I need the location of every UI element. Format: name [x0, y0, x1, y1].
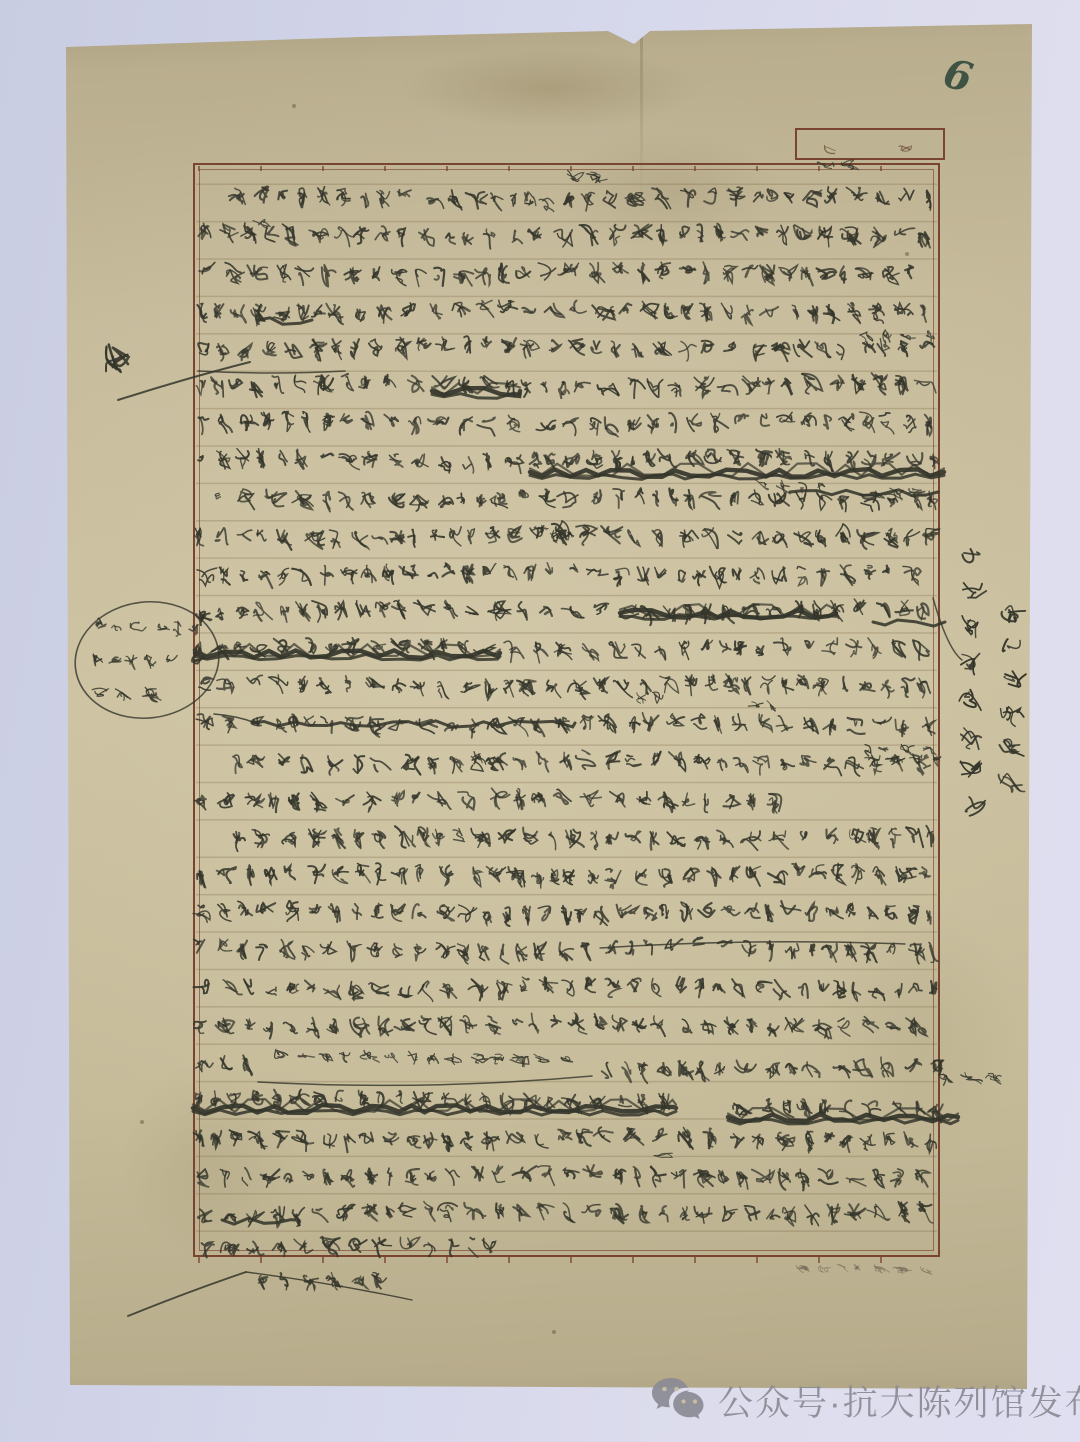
paper-stain: [400, 48, 700, 128]
printed-border-frame-inner: [199, 169, 934, 1251]
printed-label-box: [795, 128, 945, 160]
wechat-icon: [650, 1376, 708, 1426]
page-number: 6: [936, 50, 1009, 123]
frame-tick-marks-bottom: [198, 1257, 935, 1263]
manuscript-paper: 6: [0, 0, 1080, 1442]
paper-speck: [140, 1120, 144, 1124]
watermark-text: 公众号·抗大陈列馆发布: [718, 1376, 1080, 1426]
frame-tick-marks-top: [198, 166, 935, 171]
paper-speck: [552, 1330, 556, 1334]
printed-border-frame: [193, 163, 940, 1257]
watermark: 公众号·抗大陈列馆发布: [650, 1376, 1080, 1426]
paper-speck: [292, 104, 296, 108]
